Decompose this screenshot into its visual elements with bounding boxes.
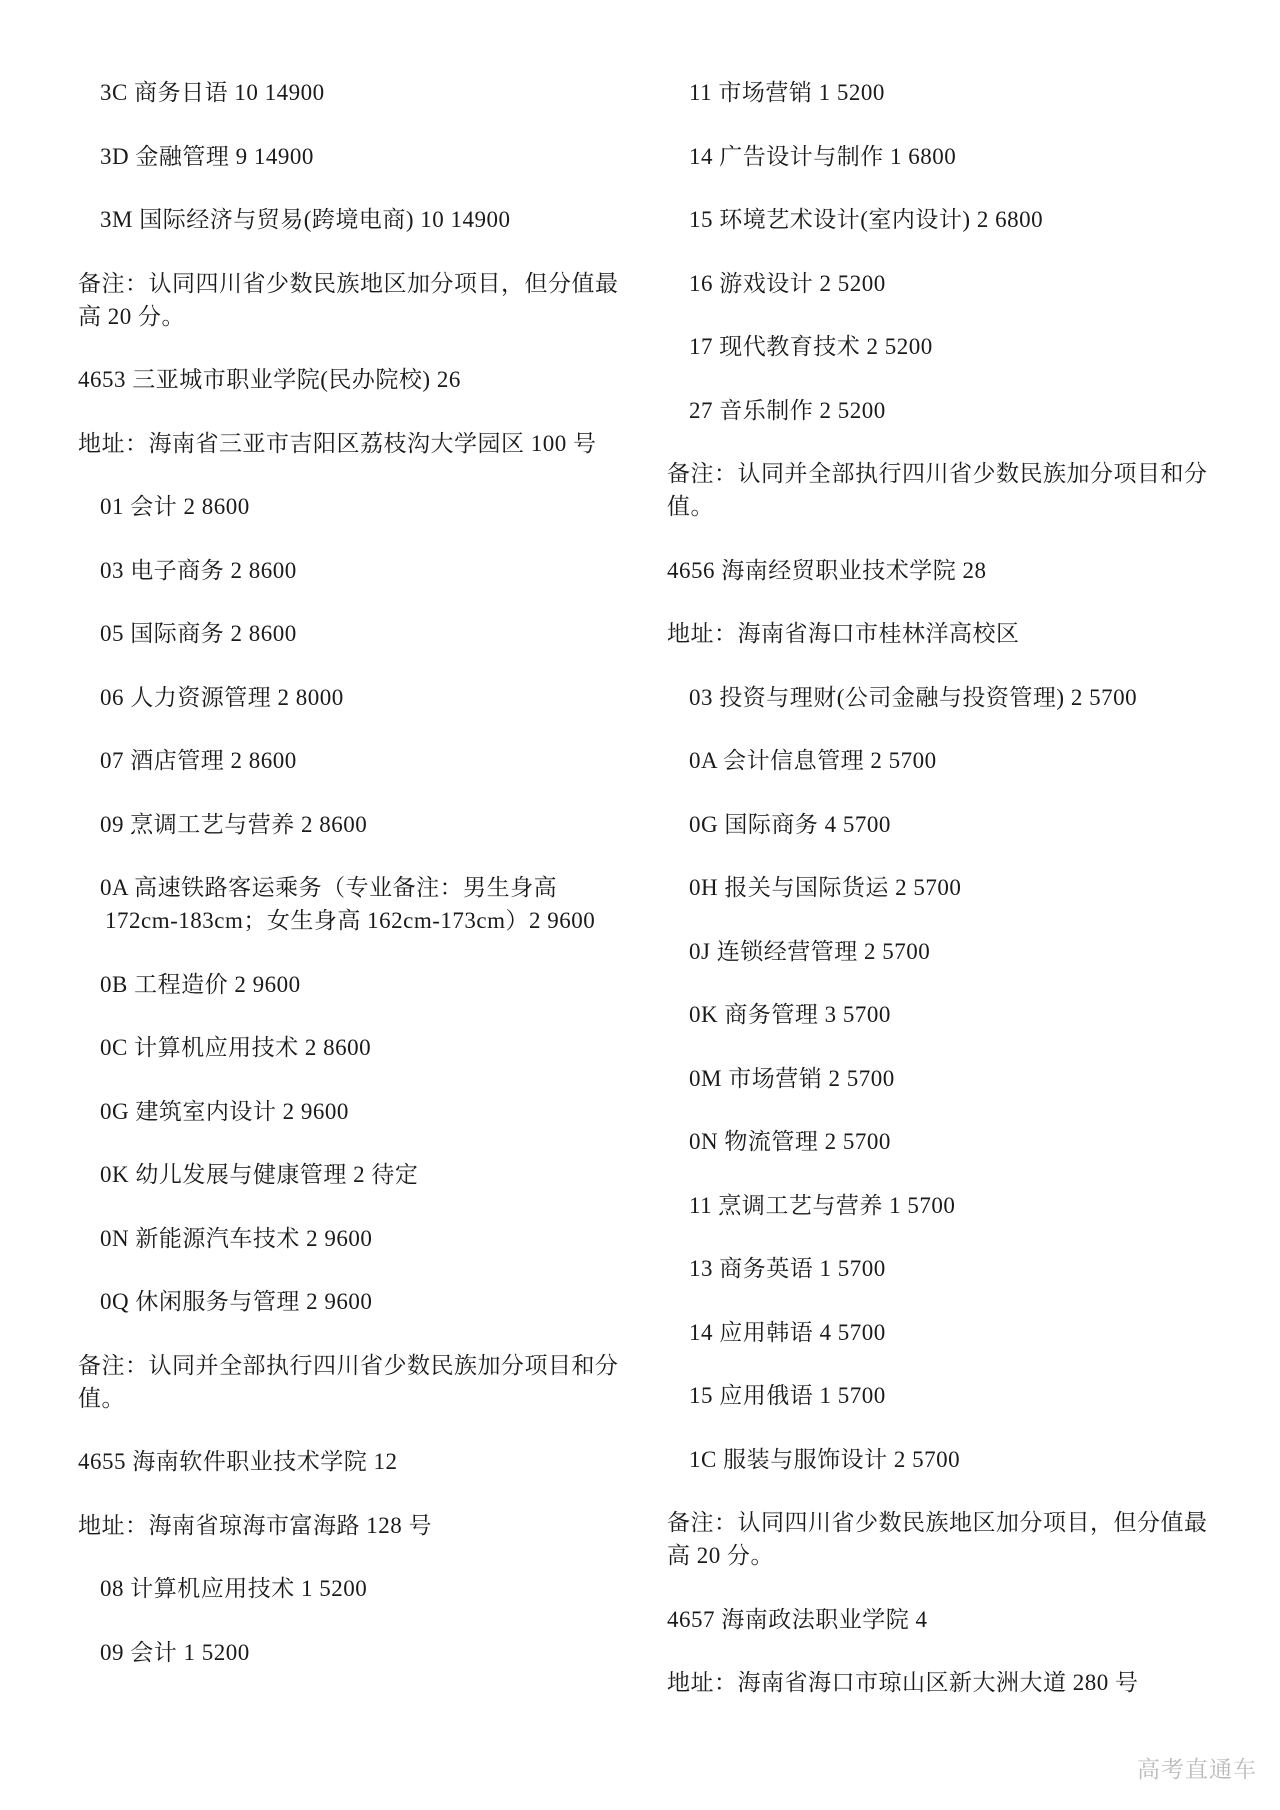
- watermark: 高考直通车: [1137, 1751, 1257, 1784]
- major-line: 13 商务英语 1 5700: [667, 1252, 1227, 1285]
- major-line: 3D 金融管理 9 14900: [78, 140, 658, 173]
- major-line: 09 会计 1 5200: [78, 1636, 658, 1669]
- major-line: 27 音乐制作 2 5200: [667, 394, 1227, 427]
- major-line: 03 投资与理财(公司金融与投资管理) 2 5700: [667, 681, 1227, 714]
- note-line: 备注：认同四川省少数民族地区加分项目，但分值最 高 20 分。: [667, 1506, 1227, 1572]
- major-line: 11 烹调工艺与营养 1 5700: [667, 1189, 1227, 1222]
- major-line: 14 广告设计与制作 1 6800: [667, 140, 1227, 173]
- major-line: 1C 服装与服饰设计 2 5700: [667, 1443, 1227, 1476]
- major-line: 0Q 休闲服务与管理 2 9600: [78, 1285, 658, 1318]
- address-line: 地址：海南省琼海市富海路 128 号: [78, 1509, 658, 1542]
- address-line: 地址：海南省三亚市吉阳区荔枝沟大学园区 100 号: [78, 427, 658, 460]
- school-line: 4656 海南经贸职业技术学院 28: [667, 554, 1227, 587]
- school-line: 4653 三亚城市职业学院(民办院校) 26: [78, 363, 658, 396]
- major-line: 0K 幼儿发展与健康管理 2 待定: [78, 1158, 658, 1191]
- major-line: 07 酒店管理 2 8600: [78, 744, 658, 777]
- major-line: 0C 计算机应用技术 2 8600: [78, 1031, 658, 1064]
- major-line: 06 人力资源管理 2 8000: [78, 681, 658, 714]
- major-line: 14 应用韩语 4 5700: [667, 1316, 1227, 1349]
- address-line: 地址：海南省海口市桂林洋高校区: [667, 617, 1227, 650]
- major-line: 0N 新能源汽车技术 2 9600: [78, 1222, 658, 1255]
- note-line: 备注：认同并全部执行四川省少数民族加分项目和分 值。: [78, 1349, 658, 1415]
- major-line: 05 国际商务 2 8600: [78, 617, 658, 650]
- note-line: 备注：认同四川省少数民族地区加分项目，但分值最 高 20 分。: [78, 267, 658, 333]
- major-line: 3M 国际经济与贸易(跨境电商) 10 14900: [78, 203, 658, 236]
- major-line: 0J 连锁经营管理 2 5700: [667, 935, 1227, 968]
- note-line: 备注：认同并全部执行四川省少数民族加分项目和分 值。: [667, 457, 1227, 523]
- major-line: 16 游戏设计 2 5200: [667, 267, 1227, 300]
- major-line: 3C 商务日语 10 14900: [78, 76, 658, 109]
- major-line: 0A 会计信息管理 2 5700: [667, 744, 1227, 777]
- major-line: 0A 高速铁路客运乘务（专业备注：男生身高 172cm-183cm；女生身高 1…: [78, 871, 658, 937]
- major-line: 0G 建筑室内设计 2 9600: [78, 1095, 658, 1128]
- major-line: 0M 市场营销 2 5700: [667, 1062, 1227, 1095]
- major-line: 0K 商务管理 3 5700: [667, 998, 1227, 1031]
- school-line: 4655 海南软件职业技术学院 12: [78, 1445, 658, 1478]
- major-line: 15 应用俄语 1 5700: [667, 1379, 1227, 1412]
- major-line: 0G 国际商务 4 5700: [667, 808, 1227, 841]
- major-line: 15 环境艺术设计(室内设计) 2 6800: [667, 203, 1227, 236]
- document-page: 3C 商务日语 10 149003D 金融管理 9 149003M 国际经济与贸…: [0, 0, 1280, 1810]
- major-line: 0N 物流管理 2 5700: [667, 1125, 1227, 1158]
- major-line: 09 烹调工艺与营养 2 8600: [78, 808, 658, 841]
- major-line: 01 会计 2 8600: [78, 490, 658, 523]
- school-line: 4657 海南政法职业学院 4: [667, 1603, 1227, 1636]
- address-line: 地址：海南省海口市琼山区新大洲大道 280 号: [667, 1666, 1227, 1699]
- major-line: 17 现代教育技术 2 5200: [667, 330, 1227, 363]
- right-column: 11 市场营销 1 520014 广告设计与制作 1 680015 环境艺术设计…: [667, 76, 1227, 1730]
- major-line: 0B 工程造价 2 9600: [78, 968, 658, 1001]
- left-column: 3C 商务日语 10 149003D 金融管理 9 149003M 国际经济与贸…: [78, 76, 658, 1699]
- major-line: 0H 报关与国际货运 2 5700: [667, 871, 1227, 904]
- major-line: 08 计算机应用技术 1 5200: [78, 1572, 658, 1605]
- major-line: 11 市场营销 1 5200: [667, 76, 1227, 109]
- major-line: 03 电子商务 2 8600: [78, 554, 658, 587]
